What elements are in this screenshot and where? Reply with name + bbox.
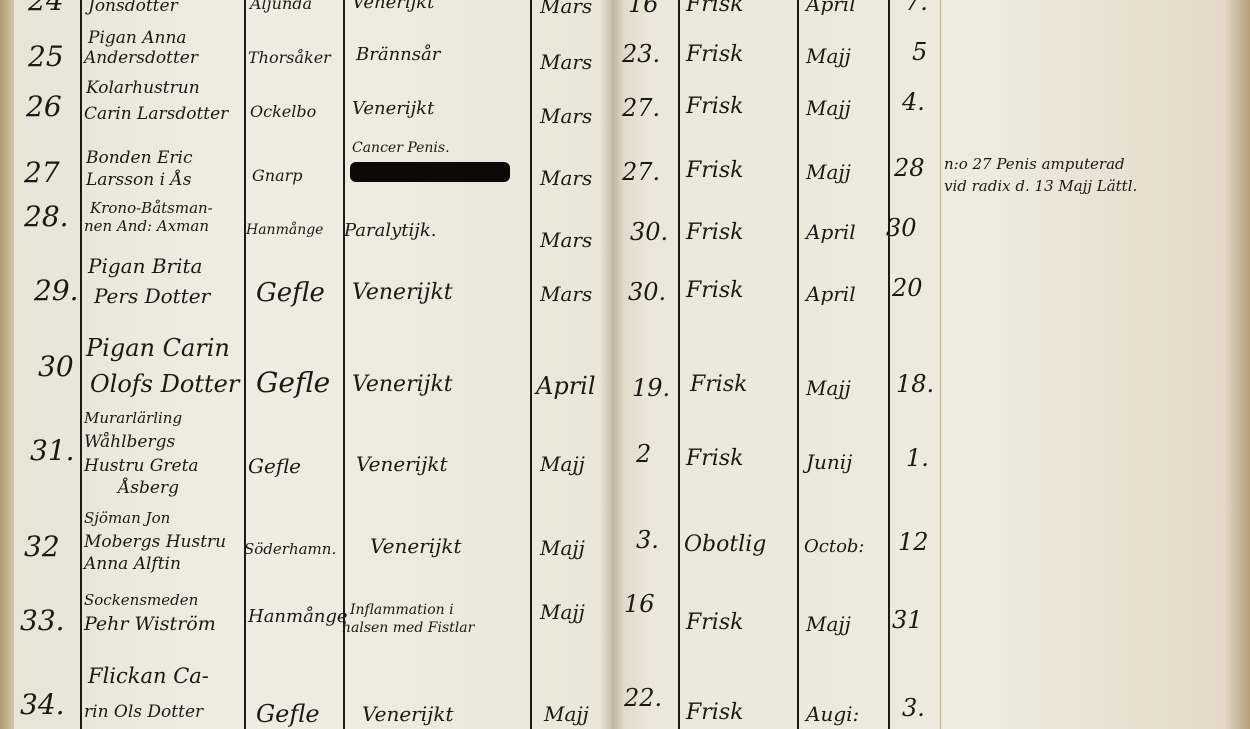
- discharge-day: 12: [898, 528, 929, 556]
- diagnosis: Venerijkt: [370, 534, 461, 558]
- patient-place: Gefle: [256, 366, 330, 399]
- column-rule: [80, 0, 82, 729]
- patient-name-line3: Hustru Greta: [84, 456, 199, 476]
- column-rule: [530, 0, 532, 729]
- patient-name-line1: Bonden Eric: [86, 148, 192, 168]
- discharge-month: April: [806, 282, 856, 306]
- admission-month: Majj: [540, 452, 585, 476]
- diagnosis: Venerijkt: [352, 280, 453, 305]
- discharge-month: Majj: [806, 612, 851, 636]
- patient-name-line2: Pers Dotter: [94, 286, 210, 306]
- page-edge: [0, 0, 14, 729]
- discharge-day: 1.: [906, 444, 929, 472]
- patient-name: Jonsdotter: [88, 0, 178, 16]
- discharge-day: 3.: [902, 694, 925, 722]
- remark-line1: n:o 27 Penis amputerad: [944, 154, 1125, 174]
- discharge-month: Augi:: [806, 702, 859, 726]
- admission-month: Majj: [540, 600, 585, 624]
- entry-number: 27: [24, 156, 60, 189]
- admission-day: 16: [624, 590, 655, 618]
- discharge-day: 7.: [905, 0, 928, 16]
- entry-number: 29.: [34, 274, 79, 307]
- patient-name-line2: Larsson i Ås: [86, 170, 191, 190]
- admission-day: 22.: [624, 684, 662, 712]
- patient-name-line2: nen And: Axman: [84, 216, 209, 236]
- outcome: Frisk: [686, 610, 743, 635]
- discharge-month: Octob:: [804, 536, 865, 557]
- admission-month: Mars: [540, 0, 592, 18]
- patient-place: Hanmånge: [248, 606, 348, 627]
- admission-month: Mars: [540, 166, 592, 190]
- outcome: Frisk: [690, 372, 747, 397]
- discharge-month: Majj: [806, 44, 851, 68]
- discharge-day: 4.: [902, 88, 925, 116]
- admission-day: 16: [628, 0, 659, 18]
- diagnosis: Cancer Penis.: [352, 140, 450, 156]
- entry-number: 33.: [20, 604, 65, 637]
- admission-month: Mars: [540, 282, 592, 306]
- admission-month: Mars: [540, 228, 592, 252]
- patient-place: Aljunda: [250, 0, 312, 13]
- diagnosis: Paralytijk.: [344, 220, 437, 241]
- book-gutter: [600, 0, 624, 729]
- outcome: Frisk: [686, 42, 743, 67]
- discharge-day: 31: [892, 606, 923, 634]
- admission-day: 30.: [628, 278, 666, 306]
- outcome: Frisk: [686, 446, 743, 471]
- patient-name-line1: Krono-Båtsman-: [90, 198, 213, 218]
- outcome: Frisk: [686, 700, 743, 725]
- entry-number: 31.: [30, 434, 75, 467]
- admission-month: April: [536, 372, 596, 400]
- outcome: Frisk: [686, 278, 743, 303]
- column-rule: [244, 0, 246, 729]
- column-rule: [797, 0, 799, 729]
- discharge-month: Majj: [806, 160, 851, 184]
- remark-line2: vid radix d. 13 Majj Lättl.: [944, 176, 1137, 196]
- admission-day: 27.: [622, 158, 660, 186]
- patient-name-line2: Carin Larsdotter: [84, 104, 228, 124]
- diagnosis: Venerijkt: [352, 98, 434, 119]
- patient-name-line2: Mobergs Hustru: [84, 532, 226, 552]
- patient-name-line1: Sockensmeden: [84, 590, 198, 610]
- admission-day: 23.: [622, 40, 660, 68]
- discharge-day: 20: [892, 274, 923, 302]
- patient-name-line1: Pigan Brita: [88, 256, 202, 276]
- diagnosis: Brännsår: [356, 44, 440, 65]
- column-rule-faint: [940, 0, 941, 729]
- patient-name-line1: Flickan Ca-: [88, 664, 209, 688]
- diagnosis: Venerijkt: [362, 702, 453, 726]
- admission-day: 2: [636, 440, 651, 468]
- diagnosis-line1: Inflammation i: [350, 602, 454, 618]
- entry-number: 25: [28, 40, 64, 73]
- discharge-month: Majj: [806, 96, 851, 120]
- entry-number: 30: [38, 350, 74, 383]
- patient-place: Söderhamn.: [244, 540, 336, 558]
- patient-name-line2: Pehr Wiström: [84, 614, 216, 634]
- diagnosis: Venerijkt: [352, 0, 434, 13]
- discharge-month: April: [806, 220, 856, 244]
- admission-day: 19.: [632, 374, 670, 402]
- discharge-day: 28: [894, 154, 925, 182]
- entry-number: 34.: [20, 688, 65, 721]
- patient-place: Gefle: [248, 454, 301, 478]
- redaction-bar: [350, 162, 510, 182]
- diagnosis: Venerijkt: [356, 452, 447, 476]
- discharge-month: Junij: [806, 450, 852, 474]
- patient-name-line1: Murarlärling: [84, 408, 182, 428]
- admission-month: Mars: [540, 104, 592, 128]
- entry-number: 28.: [24, 200, 69, 233]
- patient-name-line1: Pigan Carin: [86, 334, 230, 362]
- patient-name-line2: Wåhlbergs: [84, 432, 175, 452]
- outcome: Frisk: [686, 220, 743, 245]
- column-rule: [888, 0, 890, 729]
- patient-name-line3: Anna Alftin: [84, 554, 181, 574]
- discharge-day: 5: [912, 38, 927, 66]
- outcome: Frisk: [686, 94, 743, 119]
- admission-month: Majj: [540, 536, 585, 560]
- entry-number: 26: [26, 90, 62, 123]
- diagnosis: Venerijkt: [352, 372, 453, 397]
- patient-name-line1: Kolarhustrun: [86, 78, 200, 98]
- discharge-day: 18.: [896, 370, 934, 398]
- admission-day: 3.: [636, 526, 659, 554]
- diagnosis-line2: halsen med Fistlar: [342, 620, 474, 636]
- patient-name-line2: rin Ols Dotter: [84, 702, 203, 722]
- patient-name-line1: Sjöman Jon: [84, 508, 170, 528]
- patient-name-line2: Olofs Dotter: [90, 370, 239, 398]
- patient-place: Hanmånge: [246, 222, 323, 238]
- patient-name-line4: Åsberg: [118, 478, 179, 498]
- patient-place: Gefle: [256, 278, 325, 308]
- patient-place: Gnarp: [252, 166, 303, 185]
- entry-number: 32: [24, 530, 60, 563]
- patient-place: Gefle: [256, 700, 320, 728]
- column-rule: [678, 0, 680, 729]
- patient-place: Thorsåker: [248, 48, 331, 67]
- admission-day: 27.: [622, 94, 660, 122]
- discharge-month: April: [806, 0, 856, 16]
- admission-month: Mars: [540, 50, 592, 74]
- patient-place: Ockelbo: [250, 102, 316, 121]
- discharge-day: 30: [886, 214, 917, 242]
- outcome: Frisk: [686, 158, 743, 183]
- admission-month: Majj: [544, 702, 589, 726]
- patient-name-line1: Pigan Anna: [88, 28, 187, 48]
- entry-number: 24: [28, 0, 64, 17]
- discharge-month: Majj: [806, 376, 851, 400]
- outcome: Frisk: [686, 0, 743, 17]
- patient-name-line2: Andersdotter: [84, 48, 198, 68]
- admission-day: 30.: [630, 218, 668, 246]
- outcome: Obotlig: [684, 532, 766, 557]
